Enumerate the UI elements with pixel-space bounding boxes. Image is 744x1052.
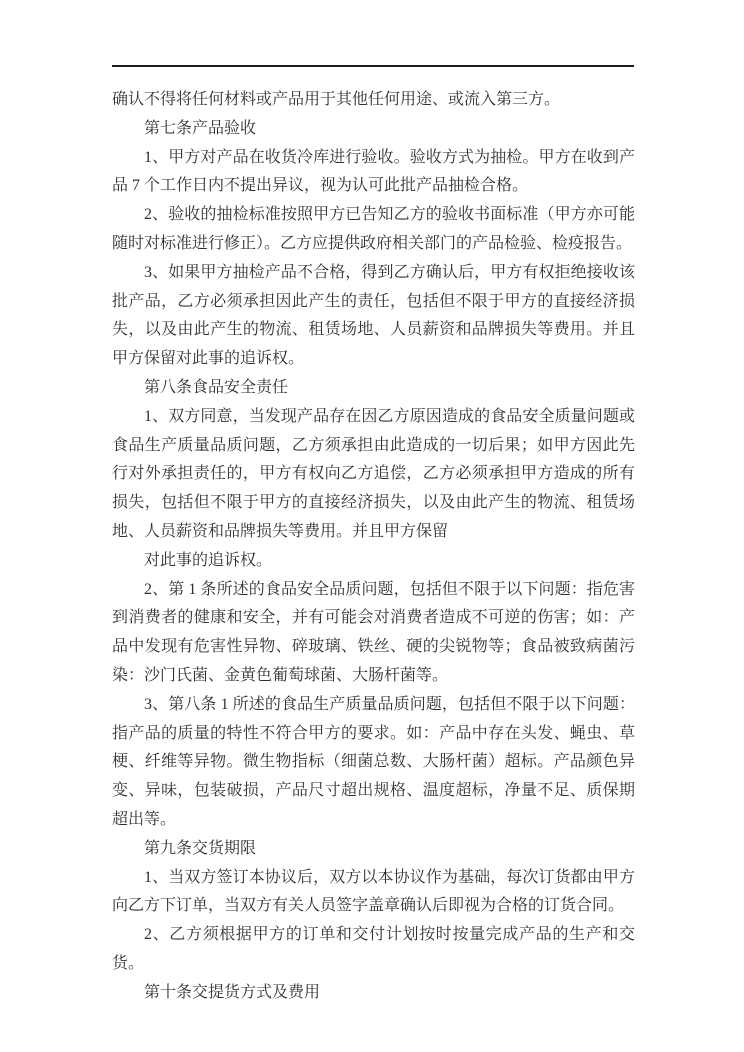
clause-heading-article-7: 第七条产品验收 — [112, 115, 635, 144]
clause-heading-article-8: 第八条食品安全责任 — [112, 374, 635, 403]
document-page: 确认不得将任何材料或产品用于其他任何用途、或流入第三方。 第七条产品验收 1、甲… — [0, 0, 744, 1052]
paragraph: 2、第 1 条所述的食品安全品质问题，包括但不限于以下问题：指危害到消费者的健康… — [112, 576, 635, 691]
paragraph: 2、验收的抽检标准按照甲方已告知乙方的验收书面标准（甲方亦可能随时对标准进行修正… — [112, 201, 635, 259]
paragraph: 1、甲方对产品在收货冷库进行验收。验收方式为抽检。甲方在收到产品 7 个工作日内… — [112, 144, 635, 202]
header-rule — [112, 65, 634, 67]
clause-heading-article-9: 第九条交货期限 — [112, 835, 635, 864]
clause-heading-article-10: 第十条交提货方式及费用 — [112, 979, 635, 1008]
paragraph-continuation: 确认不得将任何材料或产品用于其他任何用途、或流入第三方。 — [112, 86, 635, 115]
paragraph: 3、如果甲方抽检产品不合格，得到乙方确认后，甲方有权拒绝接收该批产品，乙方必须承… — [112, 259, 635, 374]
paragraph: 1、当双方签订本协议后，双方以本协议作为基础，每次订货都由甲方向乙方下订单，当双… — [112, 864, 635, 922]
paragraph: 3、第八条 1 所述的食品生产质量品质问题，包括但不限于以下问题：指产品的质量的… — [112, 691, 635, 835]
document-body: 确认不得将任何材料或产品用于其他任何用途、或流入第三方。 第七条产品验收 1、甲… — [112, 86, 635, 1008]
paragraph: 1、双方同意，当发现产品存在因乙方原因造成的食品安全质量问题或食品生产质量品质问… — [112, 403, 635, 547]
paragraph: 2、乙方须根据甲方的订单和交付计划按时按量完成产品的生产和交货。 — [112, 921, 635, 979]
paragraph: 对此事的追诉权。 — [112, 547, 635, 576]
